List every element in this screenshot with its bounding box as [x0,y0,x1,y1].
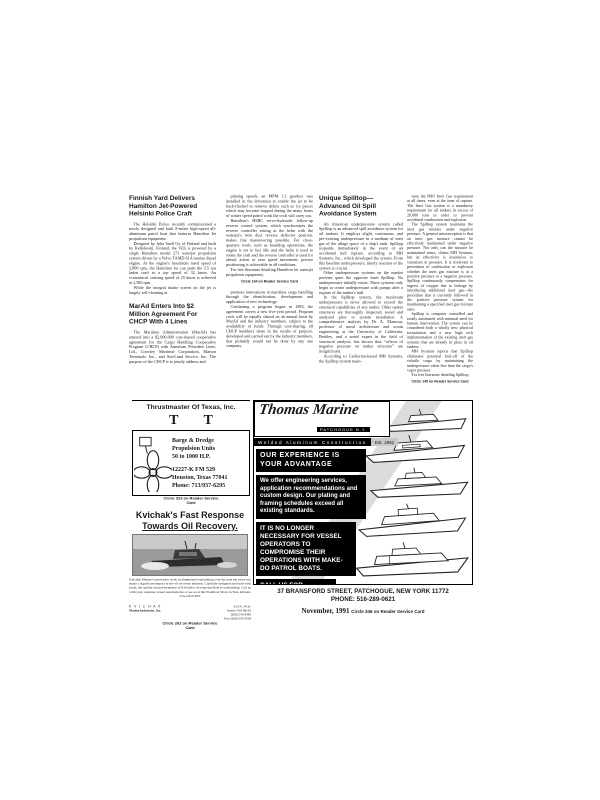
address-line: Phone: 713/937-6295 [172,482,248,490]
kvichak-headline: Kvichak's Fast Response Towards Oil Reco… [129,510,251,531]
article-paragraph: The Maritime Administration (MarAd) has … [129,330,216,364]
article-paragraph: Other underpressure systems on the marke… [319,271,403,295]
article-paragraph: According to California-based MH Systems… [319,354,403,364]
ad-kvichak: Kvichak's Fast Response Towards Oil Reco… [129,510,251,627]
propeller-icon [134,434,172,492]
page-content: Finnish Yard Delivers Hamilton Jet-Power… [129,194,473,664]
boat-drawing [366,464,472,501]
thrustmaster-title: Thrustmaster Of Texas, Inc. [132,404,250,411]
issue-date: November, 1991 [301,607,349,615]
magazine-page: Finnish Yard Delivers Hamilton Jet-Power… [0,0,600,800]
kvichak-contact: K V I C H A K Marine Industries, Inc. 61… [129,605,251,621]
product-line: 50 to 1000 H.P. [172,453,248,461]
kvichak-company-sub: Marine Industries, Inc. [129,609,161,613]
product-line: Barge & Dredge [172,437,248,445]
article-paragraph: Continuing a program begun in 1983, the … [226,304,313,348]
reader-service-line: Circle 323 on Reader Service Card [162,496,221,505]
article-heading-finnish-yard: Finnish Yard Delivers Hamilton Jet-Power… [129,194,216,217]
thomas-banner-text: Welded Aluminum Construction [254,438,371,446]
article-paragraph: The Spilltop system maintains the inert … [407,222,473,311]
article-paragraph: The Helsinki Police recently commissione… [129,222,216,242]
thomas-call-block: CALL US FOR COMPLETE DETAILS AND SPECIFI… [256,579,336,585]
thomas-services-block: We offer engineering services, applicati… [256,475,366,519]
reader-service-line: Circle 346 on Reader Service Card [351,609,424,614]
article-paragraph: planing speeds, an MPM 1:1 gearbox was i… [226,194,313,218]
kvichak-headline-line1: Kvichak's Fast Response [129,510,251,521]
article-paragraph: Designed by Juha Snell Oy of Finland and… [129,241,216,285]
reader-service-line: Circle 262 on Reader Service Card [160,621,221,630]
thomas-ad-frame: Thomas Marine PATCHOGUE N.Y. Welded Alum… [253,400,473,585]
boat-photo [132,534,248,576]
article-paragraph: An American underpressure system called … [319,222,403,271]
thomas-advantage-block: OUR EXPERIENCE IS YOUR ADVANTAGE [256,449,366,472]
article-paragraph: In the Spilltop system, the maximum unde… [319,295,403,354]
thomas-street: 37 BRANSFORD STREET, PATCHOGUE, NEW YORK… [253,588,473,596]
boat-drawing [352,538,472,580]
article-paragraph: promote innovations in maritime cargo ha… [226,290,313,305]
thomas-est-year: Est. 1961 [371,438,398,446]
product-line: Propulsion Units [172,445,248,453]
article-paragraph: MH Systems reports that Spilltop elimina… [407,349,473,373]
thomas-banner: Welded Aluminum Construction Est. 1961 [254,438,404,446]
thrustmaster-box: Barge & Dredge Propulsion Units 50 to 10… [132,430,250,496]
thrustmaster-logo: T T [143,413,250,428]
thomas-logo-box: Thomas Marine PATCHOGUE N.Y. [254,401,390,437]
thomas-necessary-block: IT IS NO LONGER NECESSARY FOR VESSEL OPE… [256,522,356,576]
article-paragraph: tains the IMO Inert Gas requirement at a… [407,194,473,222]
thomas-logo-city: PATCHOGUE N.Y. [317,427,370,432]
reader-service-line: Circle 144 on Reader Service Card [226,280,313,284]
article-paragraph: While the integral intake screen on the … [129,285,216,295]
article-paragraph: Spilltop is computer controlled and tota… [407,312,473,350]
ad-thomas-marine: Thomas Marine PATCHOGUE N.Y. Welded Alum… [253,400,473,615]
address-line: 12227-K FM 529 [172,466,248,474]
literature-note: For free literature detailing Hamilton J… [226,267,313,277]
article-paragraph: Hamilton's HSRC servo-hydraulic follow-u… [226,218,313,267]
thomas-logo-script: Thomas Marine [258,403,386,418]
address-line: Houston, Texas 77041 [172,474,248,482]
thomas-address: 37 BRANSFORD STREET, PATCHOGUE, NEW YORK… [253,588,473,604]
page-footer: November, 1991 Circle 346 on Reader Serv… [253,607,473,615]
article-heading-marad: MarAd Enters Into $2 Million Agreement F… [129,302,216,325]
kvichak-body-text: Kvichak Marine's innovative work in alum… [129,578,251,599]
ad-thrustmaster: Thrustmaster Of Texas, Inc. T T Barge & … [132,400,250,502]
thrustmaster-copy: Barge & Dredge Propulsion Units 50 to 10… [172,437,248,490]
reader-service-line: Circle 145 on Reader Service Card [407,380,473,384]
article-heading-spilltop: Unique Spilltop— Advanced Oil Spill Avoi… [319,194,403,217]
boat-drawing [354,499,470,541]
kvichak-fax: Fax: (206) 545-3504 [224,617,251,621]
thomas-phone: PHONE: 516-289-0621 [253,596,473,604]
kvichak-headline-line2: Towards Oil Recovery. [129,521,251,532]
literature-note: For free literature detailing Spilltop, [407,373,473,378]
